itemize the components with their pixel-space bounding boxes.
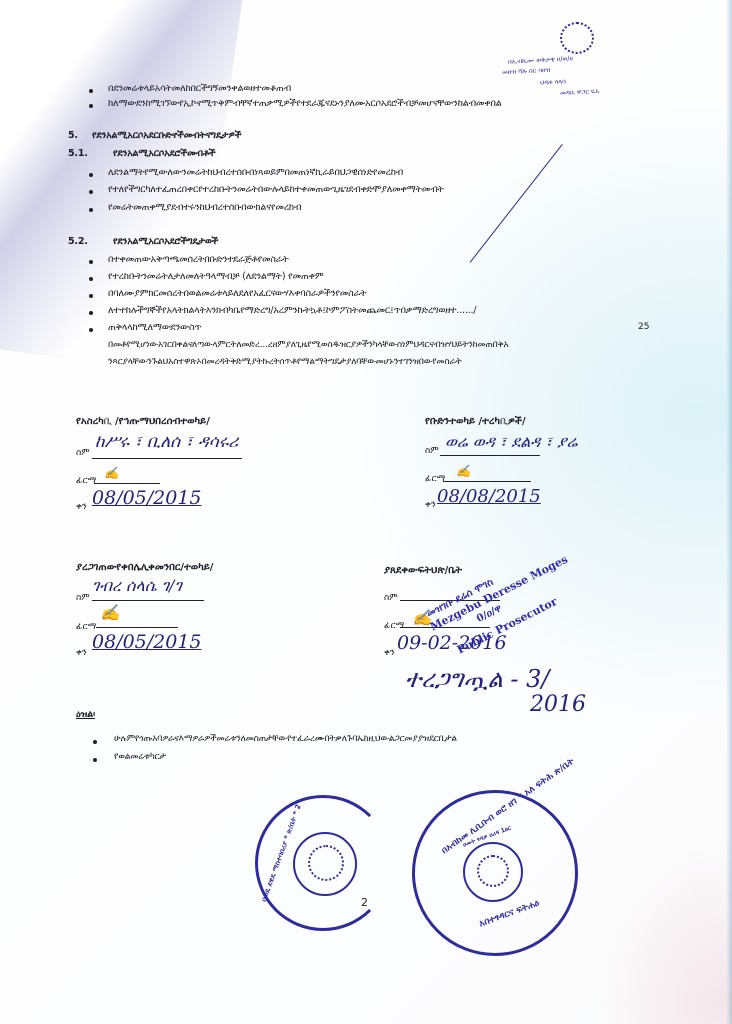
subsection-title: የደንአልሚአርሶአደሮችግዴታወች [113, 236, 218, 247]
signature-heading: የአስረካቢ /የኅጡማህበረሰብተወካይ/ [76, 416, 210, 427]
handwritten-name: ወሬ ወዳ ፣ ደልዳ ፣ ያሬ [445, 432, 578, 452]
bullet-icon [89, 294, 93, 298]
duties-bullet-text: በባለሙያምክርመሰረትበወልመሬቱላይለደለየአፈርናውሃእቀባስራዎችንየመ… [108, 288, 366, 299]
notes-heading: ዕዝል፡ [76, 709, 95, 720]
name-line [440, 455, 540, 456]
signature-label: ፊርማ [384, 621, 404, 631]
handwritten-note: ተረጋግጧል - 3/ [405, 665, 550, 693]
stamp-emblem-icon [477, 855, 509, 887]
bullet-icon [89, 311, 93, 315]
handwritten-name: ገብረ ሰላሴ ገ/ገ [92, 576, 182, 596]
rights-bullet-text: የተለየችግርካለተፈጠረበቀርየተረከቡትንመሬትበውሉላይከተቀመጠውጊዜገ… [108, 184, 444, 195]
subsection-number: 5.2. [68, 236, 88, 247]
bullet-icon [93, 740, 97, 744]
handwritten-signature: ✍ [456, 464, 471, 478]
stamp-number: 2 [361, 896, 368, 909]
handwritten-date: 08/08/2015 [437, 486, 541, 507]
rights-bullet-text: ለደንልማትየሚውለውንመሬትከህብረተሰቡበነጻወይምበመጠነኛኪራይበህጋዊ… [108, 167, 403, 178]
signature-heading: የቡድንተወካይ /ተረካቢዎች/ [425, 416, 526, 427]
bullet-icon [89, 328, 93, 332]
paragraph-line: በመቶየሚሆነውአገርበቀልናለጣውላምርትለመድረ...ረዘምያለጊዜየሚወስ… [108, 340, 509, 350]
stamp-emblem-icon [560, 22, 594, 54]
page-number: 25 [638, 322, 649, 332]
rights-bullet-text: የመሬትመጠቀሚያደብተሩንከህብረተሰቡበውክልናየመረከብ [108, 202, 301, 213]
bullet-icon [89, 89, 93, 93]
signature-heading: ያረጋገጠውየቀበሌሊቀመንበር/ተወካይ/ [76, 562, 213, 573]
bullet-icon [89, 260, 93, 264]
name-line [92, 458, 242, 459]
name-label: ስም [76, 593, 90, 603]
stamp-line: ህዳቶ ሳላሳ [540, 77, 566, 87]
signature-label: ፊርማ [425, 474, 445, 484]
duties-bullet-text: በተቀመጠውአቅጣጫመሰረትበቡድንተደራጅቶየመስራት [108, 254, 289, 265]
top-bullet-text: በደንመሬቱላይአሳትመለከበርችግኝመንቀልወዘተመቆጠብ [108, 83, 291, 94]
signature-line [94, 483, 160, 484]
name-label: ስም [384, 593, 398, 603]
handwritten-name: ከሥሩ ፣ ቢለሰ ፣ ዳሳሩሪ [95, 432, 238, 452]
duties-bullet-text: ጠቅላላከሚለማውደንውስጥ [108, 322, 201, 333]
bullet-icon [89, 208, 93, 212]
signature-line [96, 627, 178, 628]
handwritten-date: 08/05/2015 [92, 487, 202, 509]
section-title: የደንአልሚአርሶአደርቡድኖችመብትናግዴታዎች [92, 130, 241, 141]
date-label: ቀን [384, 648, 395, 658]
name-label: ስም [425, 446, 439, 456]
handwritten-date: 08/05/2015 [92, 631, 202, 653]
stamp-emblem-icon [308, 845, 344, 881]
subsection-number: 5.1. [68, 148, 88, 159]
signature-label: ፊርማ [76, 476, 96, 486]
handwritten-signature: ✍ [104, 466, 119, 480]
bullet-icon [89, 104, 93, 108]
name-line [92, 600, 204, 601]
section-number: 5. [68, 130, 78, 141]
signature-line [443, 481, 531, 482]
bullet-icon [89, 173, 93, 177]
paragraph-line: ንጻርያላቸውንጉልህአስተዋጽኦበመረዳትቅድሚያትኩረትሰጥቶየማልማትግዴ… [108, 357, 462, 367]
duties-bullet-text: የተረከቡትንመሬትለታለመለትዓላማብቻ (ለደንልማት) የመጠቀም [108, 271, 324, 282]
handwritten-year: 2016 [530, 692, 586, 717]
date-label: ቀን [76, 502, 87, 512]
name-label: ስም [76, 448, 90, 458]
duties-bullet-text: ለተተከሉችግኞችየአላትክልላትእንክብካቤየማድረግ/አረምንኩትኳቶ፤ኮም… [108, 305, 476, 316]
notes-bullet-text: ሁሉምየጎጡአባዎራናእማዎራዎችመሬቱንለመስጠታቸውየተፈራረሙበትቃለጉባ… [114, 734, 457, 744]
top-bullet-text: ከለማውደንከሚገኘውየኢኮኖሚጥቅምብቸኛተጠቃሚዎችየተደራጁናደኑንያለሙ… [108, 98, 502, 109]
bullet-icon [89, 190, 93, 194]
signature-heading: ያጸደቀውፍትህጽ/ቤት [384, 565, 462, 576]
page-edge-shadow [726, 0, 732, 1024]
subsection-title: የደንአልሚአርሶአደሮችመብቶች [113, 148, 215, 159]
notes-bullet-text: የወልመሬቱካርታ [114, 752, 166, 762]
date-label: ቀን [425, 500, 436, 510]
bullet-icon [89, 277, 93, 281]
bullet-icon [93, 758, 97, 762]
handwritten-signature: ✍ [100, 603, 120, 622]
date-label: ቀን [76, 648, 87, 658]
